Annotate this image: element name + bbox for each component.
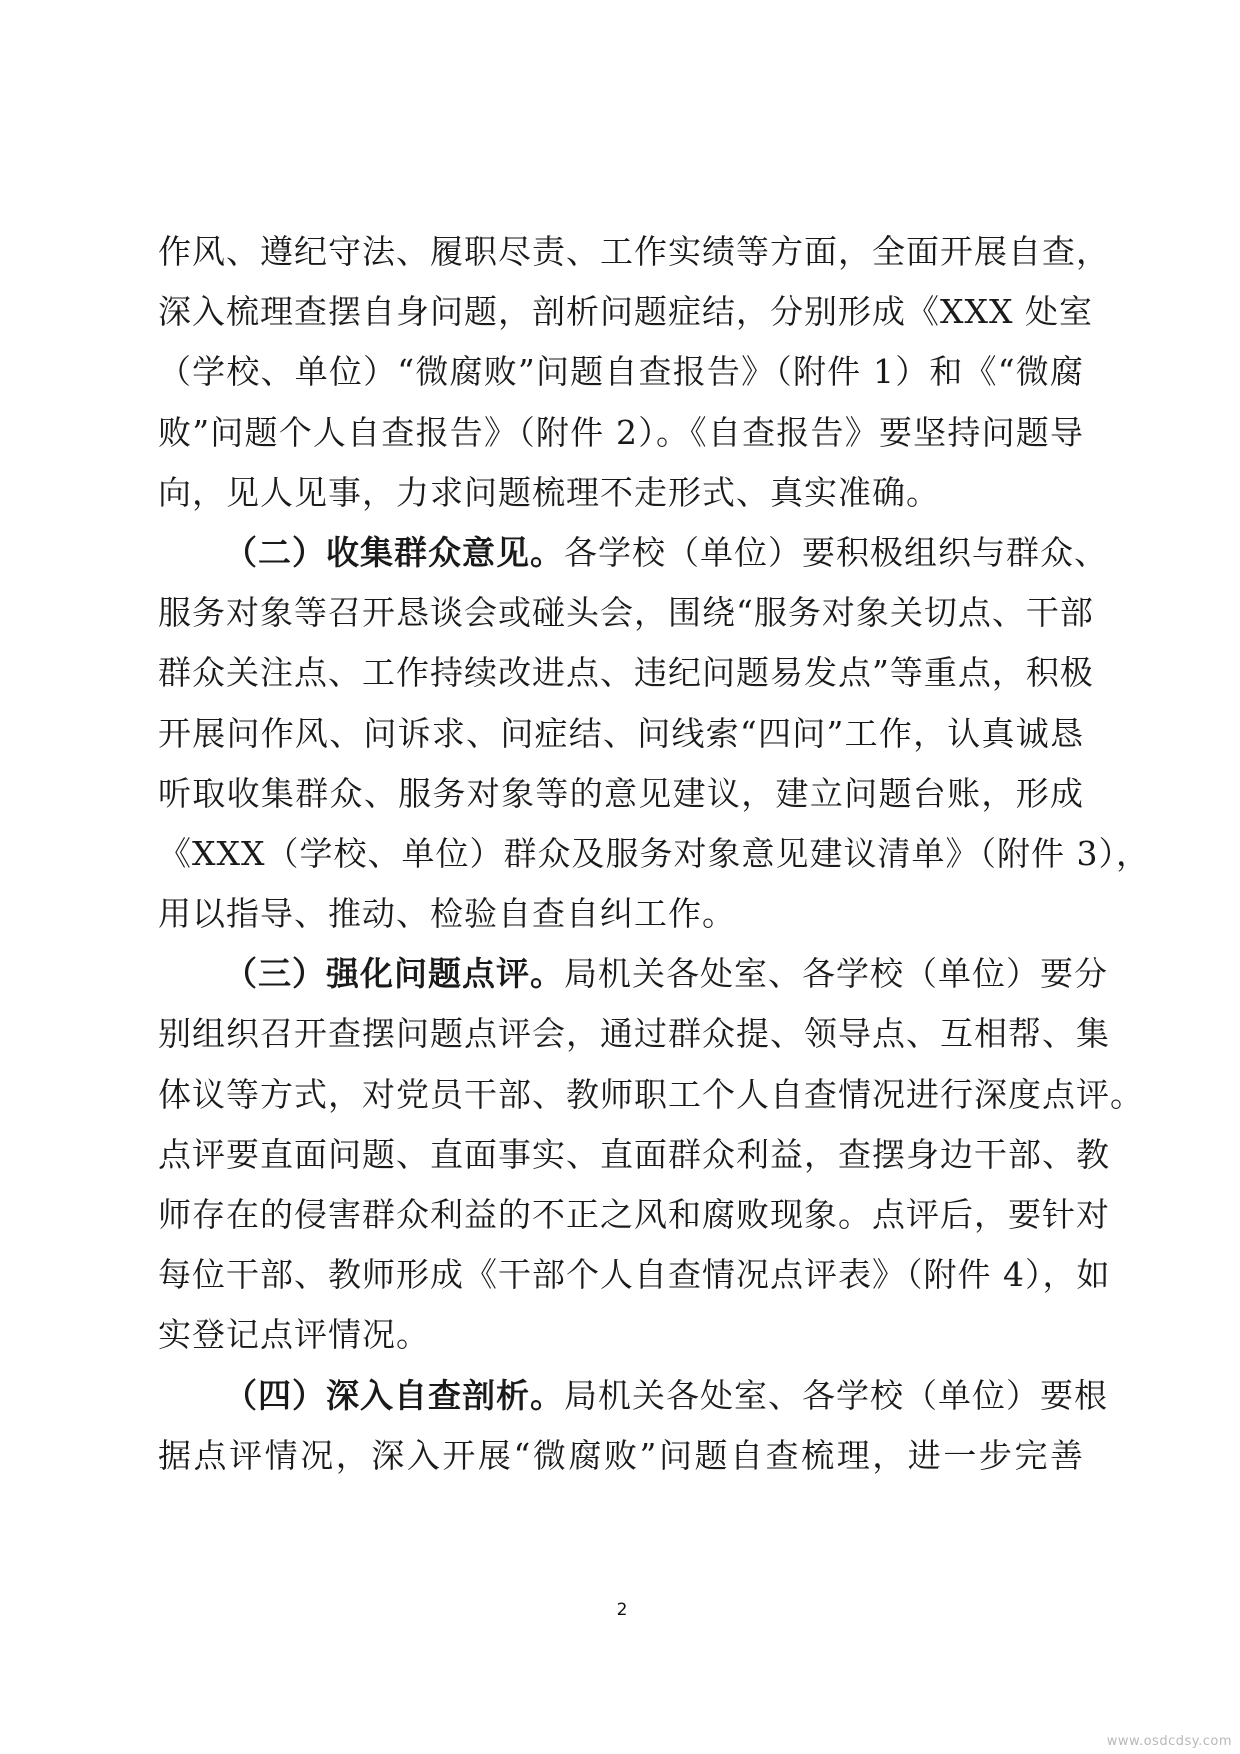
text-line: 用以指导、推动、检验自查自纠工作。 [158,884,1084,944]
paragraph-self-check-continuation: 作风、遵纪守法、履职尽责、工作实绩等方面，全面开展自查， 深入梳理查摆自身问题，… [158,222,1084,523]
section-heading: （四）深入自查剖析。 [224,1376,564,1415]
paragraph-first-line: （三）强化问题点评。局机关各处室、各学校（单位）要分 [158,944,1084,1004]
text-line: 实登记点评情况。 [158,1305,1084,1365]
text-line: 听取收集群众、服务对象等的意见建议，建立问题台账，形成 [158,764,1084,824]
text-line: 别组织召开查摆问题点评会，通过群众提、领导点、互相帮、集 [158,1004,1084,1064]
document-page: 作风、遵纪守法、履职尽责、工作实绩等方面，全面开展自查， 深入梳理查摆自身问题，… [0,0,1240,1754]
text-line: 每位干部、教师形成《干部个人自查情况点评表》（附件 4），如 [158,1245,1084,1305]
paragraph-problem-review: （三）强化问题点评。局机关各处室、各学校（单位）要分 别组织召开查摆问题点评会，… [158,944,1084,1365]
section-heading: （三）强化问题点评。 [224,954,564,993]
text-line: 作风、遵纪守法、履职尽责、工作实绩等方面，全面开展自查， [158,222,1084,282]
text-line: 开展问作风、问诉求、问症结、问线索“四问”工作，认真诚恳 [158,704,1084,764]
paragraph-first-line: （四）深入自查剖析。局机关各处室、各学校（单位）要根 [158,1366,1084,1426]
text-line: 《XXX（学校、单位）群众及服务对象意见建议清单》（附件 3）， [158,824,1084,884]
paragraph-self-analysis: （四）深入自查剖析。局机关各处室、各学校（单位）要根 据点评情况，深入开展“微腐… [158,1366,1084,1486]
text-line: 服务对象等召开恳谈会或碰头会，围绕“服务对象关切点、干部 [158,583,1084,643]
text-run: 局机关各处室、各学校（单位）要分 [564,954,1108,993]
text-line: 败”问题个人自查报告》（附件 2）。《自查报告》要坚持问题导 [158,403,1084,463]
text-line: 向，见人见事，力求问题梳理不走形式、真实准确。 [158,463,1084,523]
text-run: 局机关各处室、各学校（单位）要根 [564,1376,1108,1415]
paragraph-collect-opinions: （二）收集群众意见。各学校（单位）要积极组织与群众、 服务对象等召开恳谈会或碰头… [158,523,1084,944]
text-line: 点评要直面问题、直面事实、直面群众利益，查摆身边干部、教 [158,1125,1084,1185]
text-line: 深入梳理查摆自身问题，剖析问题症结，分别形成《XXX 处室 [158,282,1084,342]
section-heading: （二）收集群众意见。 [224,533,564,572]
text-line: （学校、单位）“微腐败”问题自查报告》（附件 1）和《“微腐 [158,342,1084,402]
page-number: 2 [612,1600,632,1620]
text-line: 师存在的侵害群众利益的不正之风和腐败现象。点评后，要针对 [158,1185,1084,1245]
text-line: 体议等方式，对党员干部、教师职工个人自查情况进行深度点评。 [158,1065,1084,1125]
text-line: 群众关注点、工作持续改进点、违纪问题易发点”等重点，积极 [158,643,1084,703]
text-line: 据点评情况，深入开展“微腐败”问题自查梳理，进一步完善 [158,1426,1084,1486]
paragraph-first-line: （二）收集群众意见。各学校（单位）要积极组织与群众、 [158,523,1084,583]
text-run: 各学校（单位）要积极组织与群众、 [564,533,1108,572]
document-body: 作风、遵纪守法、履职尽责、工作实绩等方面，全面开展自查， 深入梳理查摆自身问题，… [158,222,1084,1486]
watermark-text: www.osdcdsy.com [1107,1734,1232,1749]
